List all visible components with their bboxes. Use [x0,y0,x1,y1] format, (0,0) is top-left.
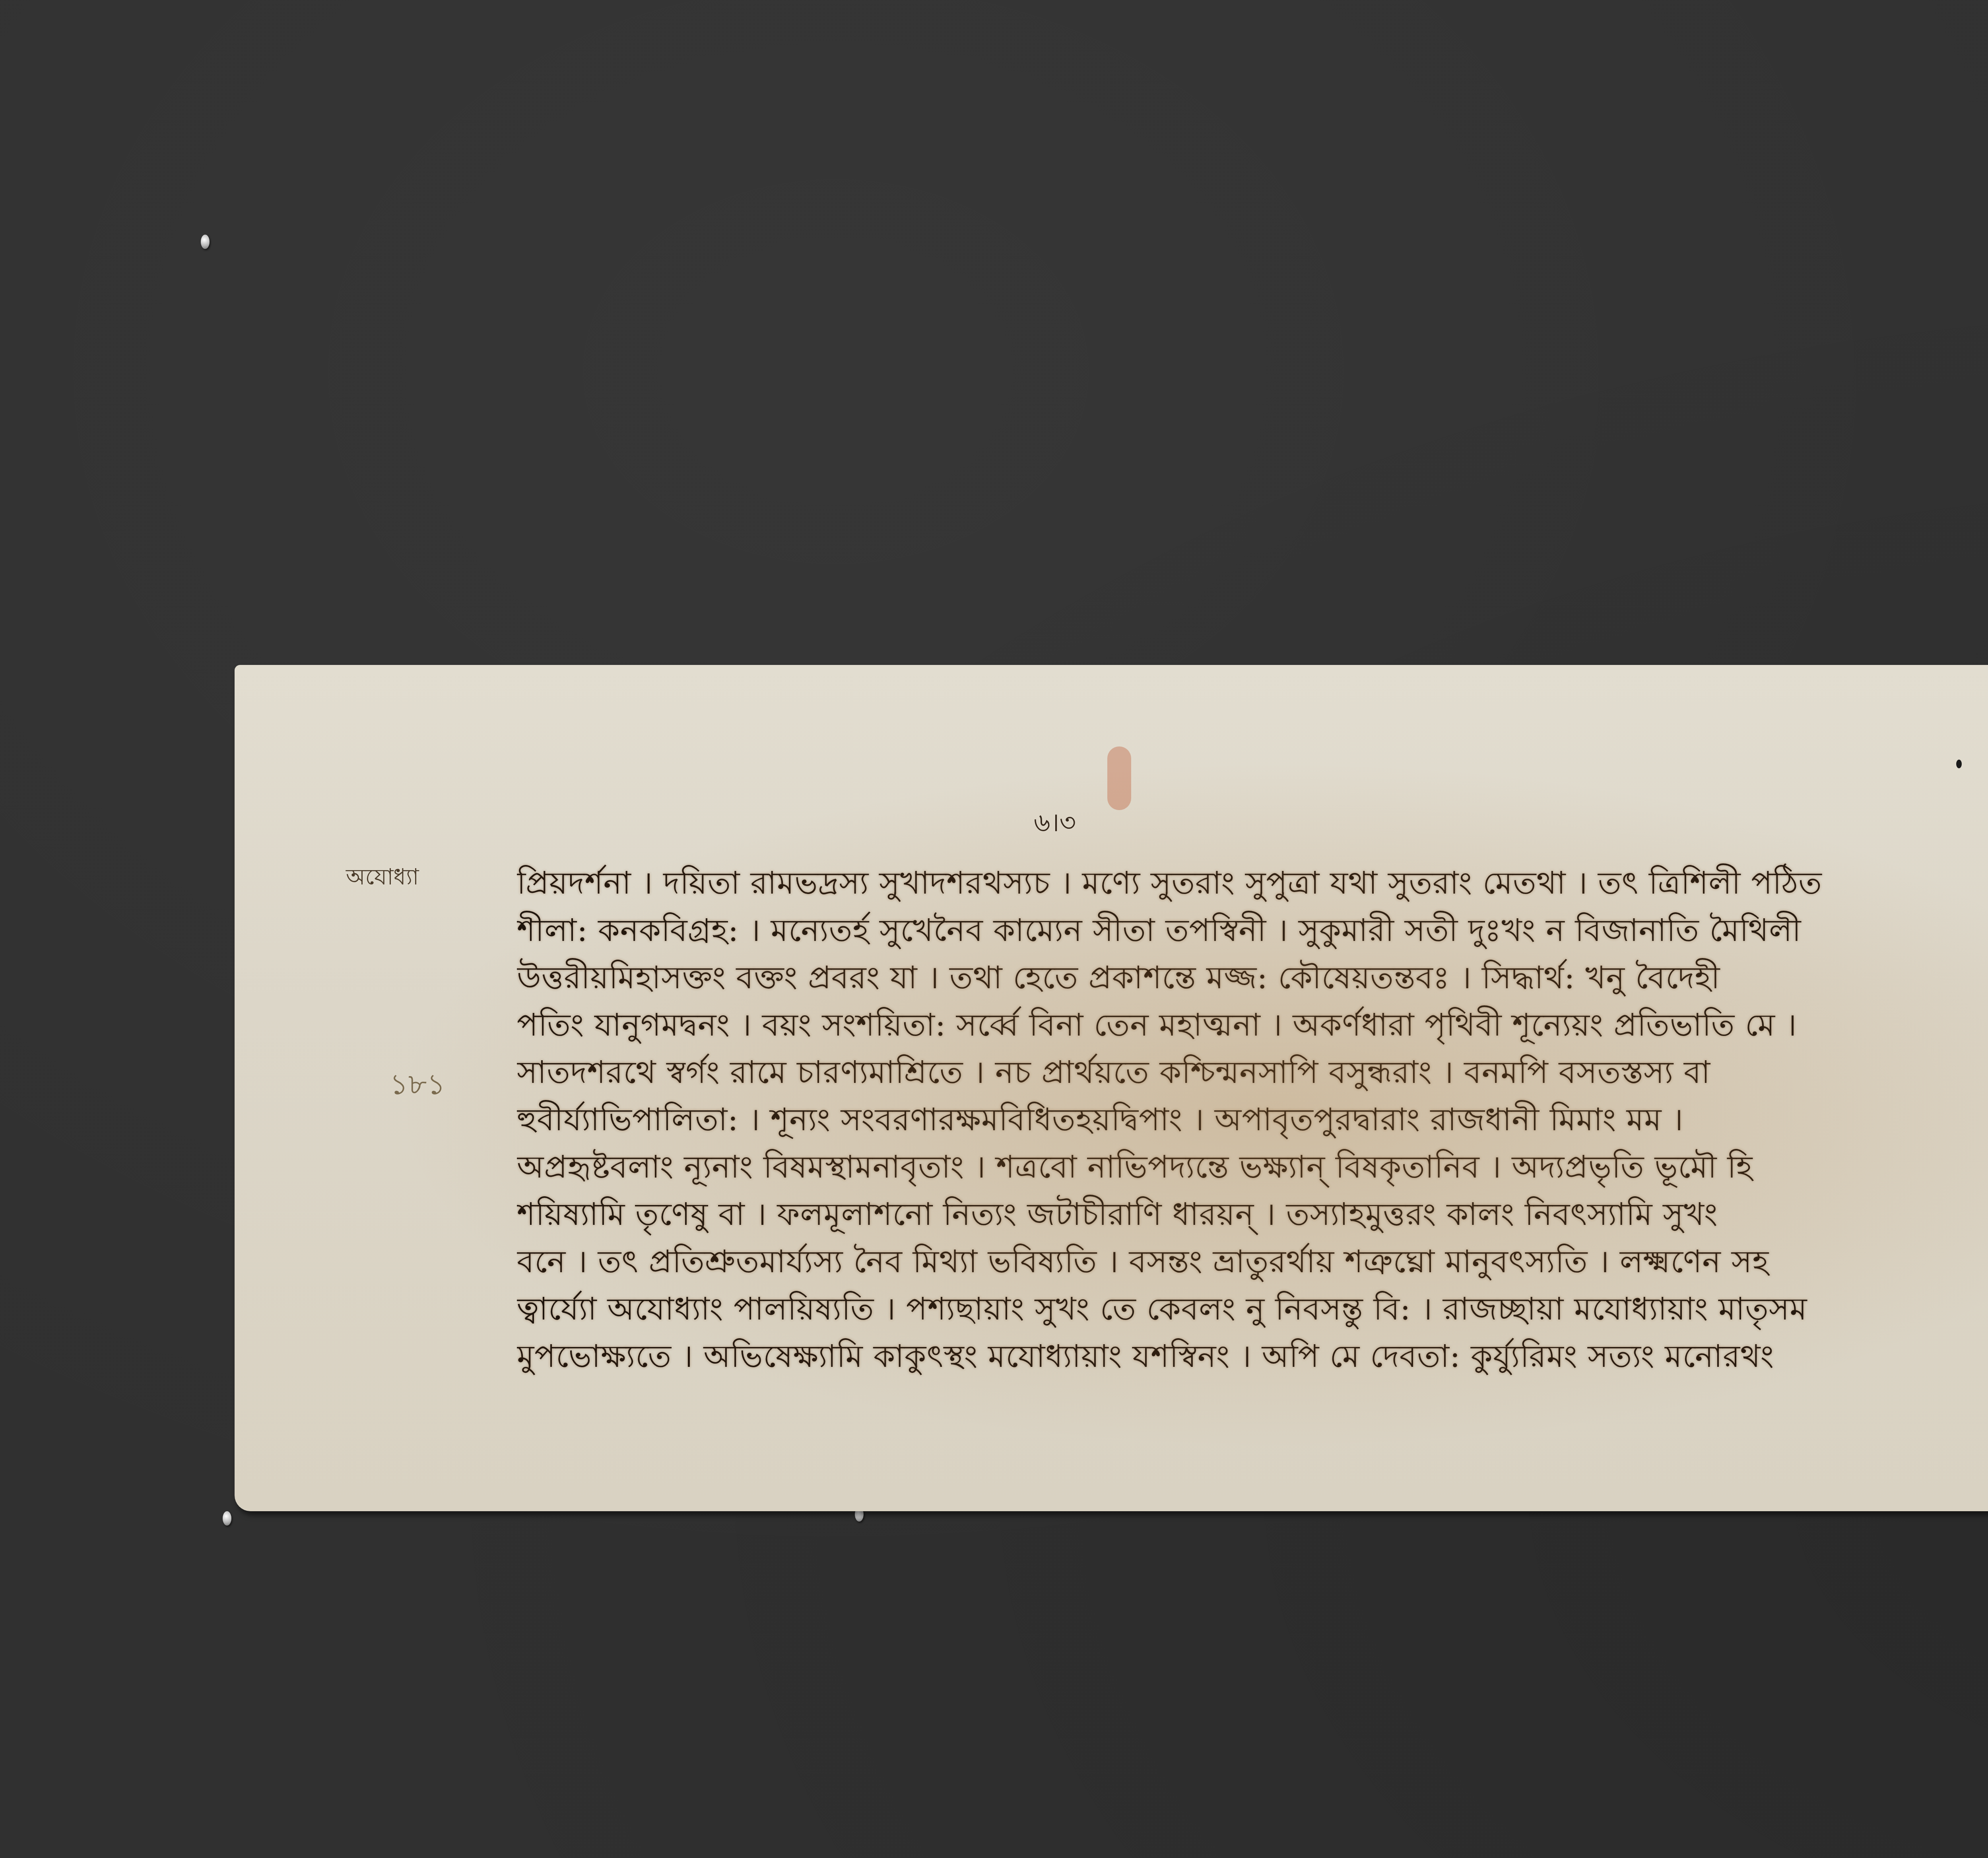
text-line: মুপভোক্ষ্যতে । অভিষেক্ষ্যামি কাকুৎস্থং ম… [517,1333,1988,1380]
text-line: পতিং যানুগমদ্বনং । বয়ং সংশয়িতা: সর্ব্ব… [517,1002,1988,1049]
manuscript-text: প্রিয়দর্শনা । দয়িতা রামভদ্রস্য সুখাদশর… [517,860,1988,1380]
paper-hole [1956,760,1962,768]
text-line: প্রিয়দর্শনা । দয়িতা রামভদ্রস্য সুখাদশর… [517,860,1988,907]
manuscript-leaf: অযোধ্যা ৬।৩ দুঃখন্তে৭১ ১৮১ ২৮৬ প্রিয়দর্… [235,665,1988,1511]
text-line: বনে । তৎ প্রতিশ্রুতমার্য্যস্য নৈব মিথ্যা… [517,1238,1988,1286]
mounting-pin [201,235,210,249]
text-line: ত্বার্য্যো অযোধ্যাং পালয়িষ্যতি । পশ্যছা… [517,1286,1988,1333]
text-line: অপ্রহৃষ্টবলাং ন্যূনাং বিষমস্থামনাবৃতাং ।… [517,1144,1988,1191]
folio-number-left: ১৮১ [390,1063,445,1110]
header-left-title: অযোধ্যা [346,860,419,897]
header-center-number: ৬।৩ [1034,803,1076,846]
mounting-pin [223,1511,231,1526]
text-line: শীলা: কনকবিগ্রহ: । মন্যেতর্হ সুখেনৈব কাম… [517,907,1988,954]
text-line: সাতদশরথে স্বর্গং রামে চারণ্যমাশ্রিতে । ন… [517,1049,1988,1096]
text-line: হুবীর্য্যাভিপালিতা: । শূন্যং সংবরণারক্ষম… [517,1096,1988,1144]
ink-stain [1107,746,1131,810]
text-line: উত্তরীয়মিহাসক্তং বক্তং প্রবরং যা । তথা … [517,954,1988,1002]
text-line: শয়িষ্যামি তৃণেষু বা । ফলমূলাশনো নিত্যং … [517,1191,1988,1238]
